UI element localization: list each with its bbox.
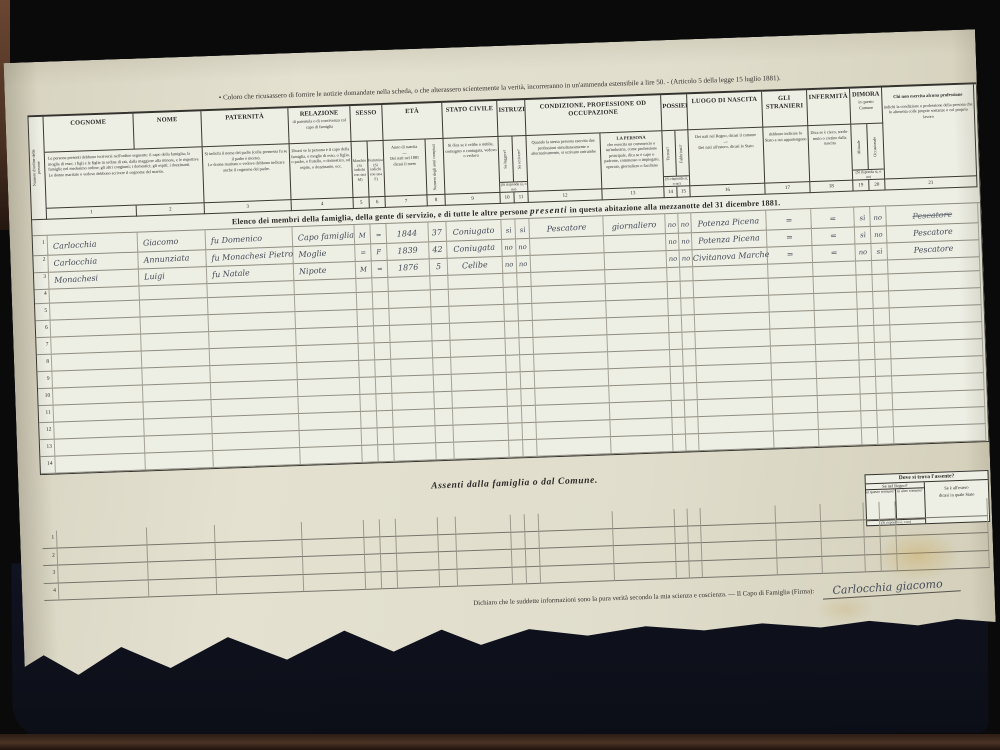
cell	[773, 396, 819, 415]
cell	[614, 544, 677, 564]
occasionale-label: Occasionale	[873, 137, 878, 157]
column-header-stranieri: GLI STRANIERI	[762, 91, 808, 129]
cell	[456, 533, 512, 552]
istruzione-note: (Si risponda sì, o no)	[500, 181, 527, 192]
cell	[769, 294, 815, 313]
handwritten-entry: =	[829, 229, 837, 244]
column-header-possiede: POSSIEDE	[661, 95, 688, 132]
anni-compiuti-label: Numero degli anni compiuti	[432, 144, 438, 190]
cell	[682, 316, 696, 333]
cell	[512, 550, 527, 568]
cell	[381, 554, 398, 572]
cell	[769, 277, 815, 296]
row-number: 4	[44, 583, 60, 601]
cell	[362, 446, 379, 464]
cell	[607, 333, 670, 352]
row-number: 12	[39, 423, 55, 441]
handwritten-entry: =	[785, 213, 793, 228]
cell	[685, 401, 699, 418]
cell	[606, 299, 669, 318]
infermita-desc: Dica se è cieco, sordo-muto o cretino da…	[808, 125, 853, 182]
cell	[295, 310, 358, 329]
cell	[392, 376, 435, 394]
cognome-nome-desc: Le persone presenti debbono iscriversi n…	[45, 148, 205, 209]
cell	[505, 322, 520, 339]
sesso-subcolumns: Maschio(Si indichi con una M) Femmina(Si…	[352, 141, 386, 198]
cell	[685, 418, 699, 435]
cell	[433, 341, 452, 359]
cell	[439, 552, 458, 570]
cell	[373, 309, 390, 327]
cell	[776, 522, 822, 541]
cell	[508, 424, 523, 441]
terreni-label: Terreni?	[666, 147, 671, 161]
row-number: 3	[43, 566, 59, 584]
cell	[434, 375, 453, 393]
cell	[814, 293, 858, 311]
anno-nascita-desc: Anno di nascita — Dei nati nel 1881 dica…	[384, 140, 428, 197]
cell	[375, 360, 392, 378]
cell	[302, 538, 365, 558]
cell	[435, 409, 454, 427]
cell	[859, 360, 876, 378]
cell	[394, 427, 437, 445]
cell	[876, 377, 893, 395]
la-persona-col: LA PERSONA che esercita un commercio o u…	[600, 132, 664, 190]
cell	[365, 555, 382, 573]
cell	[448, 271, 504, 290]
cell	[391, 359, 434, 377]
row-number: 6	[36, 321, 52, 339]
cell	[520, 355, 535, 372]
cell	[686, 434, 700, 451]
cell	[522, 423, 537, 440]
cell	[669, 316, 683, 333]
cell	[362, 429, 379, 447]
cell	[670, 350, 684, 367]
cell	[859, 343, 876, 361]
paper-stain-small	[815, 593, 876, 625]
column-number: 5	[354, 198, 370, 210]
cell	[875, 360, 892, 378]
column-header-cognome: COGNOME	[43, 114, 134, 153]
cell	[508, 407, 523, 424]
cell	[688, 526, 702, 544]
cell	[611, 435, 674, 454]
cell	[862, 428, 879, 446]
handwritten-entry: =	[829, 212, 837, 227]
column-number: 19	[853, 180, 869, 192]
cell	[452, 390, 508, 409]
column-number: 14	[664, 187, 677, 198]
row-number: 9	[37, 372, 53, 390]
cell	[675, 526, 689, 544]
cell	[374, 326, 391, 344]
cell	[772, 379, 818, 398]
maschio-note: (Si indichi con una M)	[352, 163, 367, 183]
cell	[815, 327, 859, 345]
cell	[521, 372, 536, 389]
handwritten-entry: =	[830, 246, 838, 261]
cell	[359, 344, 376, 362]
cell	[436, 443, 455, 461]
cell	[396, 535, 439, 554]
column-header-paternita: PATERNITÀ	[201, 109, 289, 148]
cell	[774, 430, 820, 449]
cell	[777, 539, 823, 558]
cell	[433, 358, 452, 376]
cell	[877, 394, 894, 412]
row-number: 5	[35, 304, 51, 322]
cell	[390, 325, 433, 343]
cell	[436, 426, 455, 444]
cell	[675, 509, 689, 527]
column-number: 7	[385, 196, 427, 208]
cell	[357, 293, 374, 311]
cell	[378, 445, 395, 463]
cell	[613, 509, 676, 529]
cell	[525, 514, 540, 532]
cell	[540, 564, 615, 584]
cell	[297, 361, 360, 380]
cell	[512, 567, 527, 585]
cell	[376, 377, 393, 395]
cell	[382, 572, 399, 590]
row-number: 13	[40, 440, 56, 458]
abituale-label: Abituale	[857, 140, 862, 154]
column-number: 4	[292, 198, 354, 211]
row-number: 2	[43, 548, 59, 566]
cell	[683, 350, 697, 367]
cell	[434, 392, 453, 410]
condizione-desc: Quando la stessa persona esercita due pr…	[526, 134, 602, 193]
cell	[521, 389, 536, 406]
column-header-dimora: DIMORA in questo Comune	[850, 88, 883, 125]
possiede-subcolumns: Terreni? Fabbricati? (Si risponda sì, o …	[662, 131, 690, 188]
cell	[613, 527, 676, 547]
cell	[672, 401, 686, 418]
cell	[818, 412, 862, 430]
cell	[873, 275, 890, 293]
cell	[689, 543, 703, 561]
cell	[302, 520, 365, 540]
row-number: 14	[40, 457, 56, 475]
cell	[668, 299, 682, 316]
istruzione-subcolumns: Sa leggere? Sa scrivere? (Si risponda sì…	[498, 136, 528, 193]
cell	[392, 393, 435, 411]
numero-label: Numero d'ordine delle persone	[32, 143, 43, 193]
cell	[457, 550, 513, 569]
row-number: 1	[42, 531, 58, 549]
cell	[689, 561, 703, 579]
cell	[364, 520, 381, 538]
cell	[605, 266, 668, 285]
cell	[526, 567, 541, 585]
row-number: 4	[34, 287, 50, 305]
cell	[360, 378, 377, 396]
cell	[377, 411, 394, 429]
column-number: 6	[370, 197, 386, 209]
cell	[396, 518, 439, 537]
cell	[299, 412, 362, 431]
cell	[519, 321, 534, 338]
cell	[217, 575, 305, 596]
column-header-nome: NOME	[133, 112, 202, 150]
cell	[858, 326, 875, 344]
cell	[451, 339, 507, 358]
column-number: 13	[602, 188, 664, 201]
femmina-note: (Si indichi con una F)	[368, 163, 384, 183]
cell	[358, 327, 375, 345]
cell	[522, 406, 537, 423]
cell	[452, 373, 508, 392]
cell	[610, 401, 673, 420]
column-header-sesso: SESSO	[350, 105, 383, 142]
cell	[681, 299, 695, 316]
cell	[506, 356, 521, 373]
cell	[430, 273, 449, 291]
cell	[668, 282, 682, 299]
cell	[669, 333, 683, 350]
cell	[504, 305, 519, 322]
cell	[518, 287, 533, 304]
column-header-chi-non-esercita: Chi non esercita alcuna professione indi…	[882, 85, 977, 180]
cell	[875, 343, 892, 361]
cell	[507, 373, 522, 390]
cell	[860, 377, 877, 395]
cell	[676, 561, 690, 579]
cell	[672, 418, 686, 435]
handwritten-entry: 5	[435, 259, 441, 274]
cell	[357, 310, 374, 328]
cell	[364, 537, 381, 555]
cell	[818, 395, 862, 413]
cell	[361, 412, 378, 430]
cell	[609, 384, 672, 403]
cell	[300, 429, 363, 448]
cell	[814, 276, 858, 294]
cell	[511, 532, 526, 550]
cell	[145, 451, 214, 470]
cell	[606, 282, 669, 301]
cell	[149, 578, 218, 598]
dimora-subcolumns: Abituale Occasionale (Si risponda sì, o …	[851, 124, 885, 181]
cell	[389, 308, 432, 326]
cell	[503, 271, 518, 288]
cell	[432, 324, 451, 342]
column-header-infermita: INFERMITÀ	[807, 89, 851, 126]
relazione-desc: Dicasi se la persona è il capo della fam…	[290, 142, 354, 200]
cell	[380, 537, 397, 555]
row-number: 7	[36, 338, 52, 356]
cell	[373, 292, 390, 310]
column-header-istruzione: ISTRUZIONE	[497, 100, 526, 137]
sa-scrivere-label: Sa scrivere?	[517, 149, 522, 169]
cell	[380, 519, 397, 537]
cell	[456, 515, 512, 534]
cell	[770, 311, 816, 330]
column-header-condizione: CONDIZIONE, PROFESSIONE OD OCCUPAZIONE	[525, 96, 662, 137]
anni-compiuti-col: Numero degli anni compiuti	[426, 139, 446, 196]
cell	[877, 411, 894, 429]
cell	[298, 395, 361, 414]
cell	[388, 274, 431, 292]
cell	[294, 276, 357, 295]
cell	[517, 270, 532, 287]
cell	[213, 448, 301, 468]
cell	[511, 515, 526, 533]
stranieri-desc: debbono indicare lo Stato a cui apparten…	[763, 126, 810, 184]
cell	[449, 288, 505, 307]
cell	[776, 504, 822, 523]
cell	[458, 568, 514, 587]
cell	[681, 282, 695, 299]
cell	[820, 503, 864, 522]
cell	[366, 572, 383, 590]
column-number: 11	[514, 192, 528, 203]
cell	[857, 275, 874, 293]
cell	[454, 441, 510, 460]
census-table: Numero d'ordine delle persone COGNOME NO…	[27, 83, 989, 476]
cell	[389, 291, 432, 309]
cell	[873, 292, 890, 310]
cell	[438, 517, 457, 535]
dimora-note: (Si risponda sì, o no)	[853, 169, 884, 180]
stato-civile-desc: Si dica se è celibe o nubile, coniugato …	[444, 137, 501, 195]
cell	[608, 350, 671, 369]
cell	[431, 290, 450, 308]
dimora-subtitle: in questo Comune	[851, 99, 880, 111]
chi-non-desc: indichi la condizione o professione dell…	[883, 97, 973, 120]
column-header-relazione: RELAZIONE di parentela o di convivenza c…	[288, 106, 351, 144]
cell	[699, 432, 775, 452]
cell	[822, 538, 866, 557]
column-header-luogo-nascita: LUOGO DI NASCITA	[687, 92, 763, 131]
cell	[673, 435, 687, 452]
cell	[768, 260, 814, 279]
column-number: 18	[810, 181, 853, 193]
column-number: 15	[677, 187, 690, 198]
cell	[507, 390, 522, 407]
cell	[861, 411, 878, 429]
cell	[397, 553, 440, 572]
cell	[449, 305, 505, 324]
cell	[537, 438, 612, 458]
cell	[813, 259, 857, 277]
cell	[300, 446, 363, 465]
cell	[874, 326, 891, 344]
cell	[857, 292, 874, 310]
cell	[607, 316, 670, 335]
cell	[676, 544, 690, 562]
cell	[688, 508, 702, 526]
column-number: 20	[869, 180, 885, 192]
possiede-note: (Si risponda sì, o no)	[664, 176, 689, 187]
cell	[894, 424, 987, 444]
list-title-emph: presenti	[530, 205, 568, 216]
cell	[298, 378, 361, 397]
column-number: 8	[427, 195, 445, 207]
fabbricati-label: Fabbricati?	[679, 144, 684, 163]
column-number: 17	[765, 182, 810, 195]
paternita-desc: Si indichi il nome del padre (colla prem…	[203, 145, 292, 204]
cell	[518, 304, 533, 321]
cell	[773, 413, 819, 432]
cell	[610, 418, 673, 437]
cell	[815, 310, 859, 328]
relazione-subtitle: di parentela o di convivenza col capo di…	[290, 117, 349, 130]
column-header-eta: ETÀ	[382, 103, 443, 141]
cell	[872, 258, 889, 276]
cell	[874, 309, 891, 327]
cell	[359, 361, 376, 379]
cell	[856, 258, 873, 276]
cell	[822, 555, 866, 574]
cell	[431, 307, 450, 325]
cell	[816, 344, 860, 362]
cell	[504, 288, 519, 305]
cell	[304, 573, 367, 593]
cell	[772, 362, 818, 381]
cell	[454, 424, 510, 443]
cell	[702, 558, 778, 578]
cell	[376, 394, 393, 412]
cell	[858, 309, 875, 327]
cell	[821, 520, 865, 539]
column-number: 9	[445, 193, 500, 206]
handwritten-entry: =	[786, 247, 794, 262]
cell	[819, 429, 863, 447]
cell	[864, 520, 881, 538]
cell	[509, 441, 524, 458]
absent-section: Assenti dalla famiglia o dal Comune. Dov…	[41, 462, 992, 601]
cell	[59, 580, 150, 601]
cell	[295, 293, 358, 312]
cell	[817, 378, 861, 396]
cell	[777, 557, 823, 576]
cell	[680, 265, 694, 282]
row-number: 8	[37, 355, 53, 373]
luogo-nascita-desc: Dei nati nel Regno, dicasi il comune — D…	[688, 128, 765, 187]
cell	[520, 338, 535, 355]
la-persona-desc: che esercita un commercio o un'industria…	[602, 140, 662, 169]
dimora-title: DIMORA	[851, 89, 880, 100]
cell	[671, 384, 685, 401]
cell	[394, 444, 437, 462]
cell	[878, 428, 895, 446]
cell	[525, 532, 540, 550]
column-number: 10	[500, 193, 514, 204]
cell	[682, 333, 696, 350]
cell	[771, 345, 817, 364]
cell	[372, 275, 389, 293]
cell	[863, 502, 880, 520]
census-sheet: • Coloro che ricusassero di fornire le n…	[4, 29, 997, 677]
cell	[817, 361, 861, 379]
cell	[671, 367, 685, 384]
cell	[770, 328, 816, 347]
cell	[526, 549, 541, 567]
sa-leggere-label: Sa leggere?	[503, 150, 508, 169]
cell	[297, 344, 360, 363]
cell	[303, 555, 366, 575]
cell	[667, 265, 681, 282]
cell	[360, 395, 377, 413]
cell	[440, 570, 459, 588]
cell	[398, 570, 441, 589]
cell	[614, 562, 677, 582]
declaration-text: Dichiaro che le suddette informazioni so…	[473, 589, 814, 608]
